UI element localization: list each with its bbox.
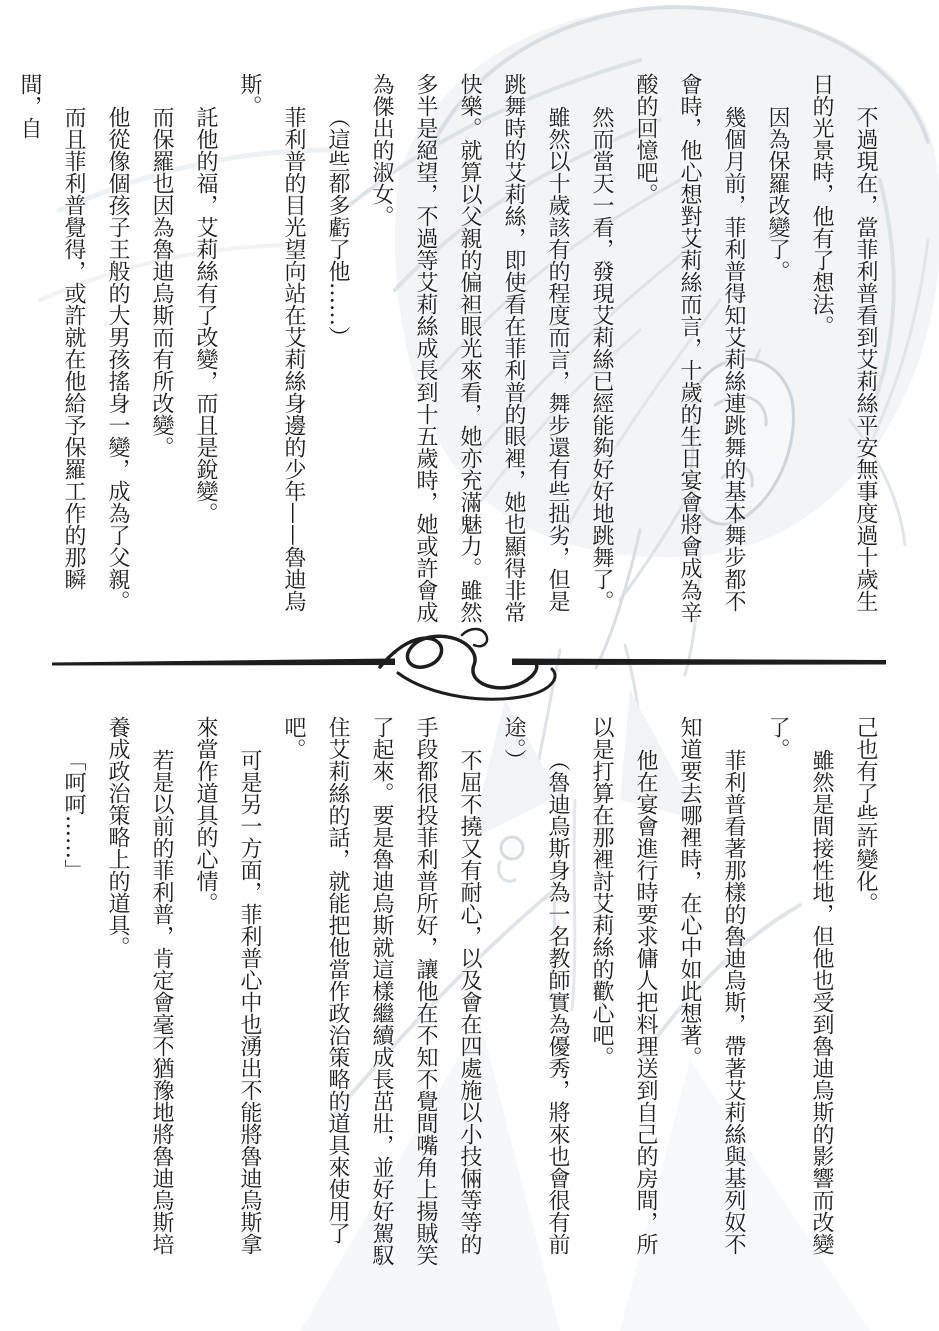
paragraph: 不過現在，當菲利普看到艾莉絲平安無事度過十歲生日的光景時，他有了想法。 xyxy=(799,73,887,625)
paragraph: 因為保羅改變了。 xyxy=(755,73,799,625)
paragraph: 若是以前的菲利普，肯定會毫不猶豫地將魯迪烏斯培養成政治策略上的道具。 xyxy=(95,716,183,1268)
novel-page: 不過現在，當菲利普看到艾莉絲平安無事度過十歲生日的光景時，他有了想法。 因為保羅… xyxy=(0,0,939,1331)
paragraph: 不屈不撓又有耐心，以及會在四處施以小技倆等等的手段都很投菲利普所好，讓他在不知不… xyxy=(271,716,491,1268)
paragraph: 雖然是間接性地，但他也受到魯迪烏斯的影響而改變了。 xyxy=(755,716,843,1268)
paragraph: 幾個月前，菲利普得知艾莉絲連跳舞的基本舞步都不會時，他心想對艾莉絲而言，十歲的生… xyxy=(623,73,755,625)
divider-right-line xyxy=(512,659,886,666)
paragraph: 然而當天一看，發現艾莉絲已經能夠好好地跳舞了。 xyxy=(579,73,623,625)
divider-left-line xyxy=(52,659,395,666)
paragraph: 菲利普的目光望向站在艾莉絲身邊的少年——魯迪烏斯。 xyxy=(227,73,315,625)
paragraph: 他在宴會進行時要求傭人把料理送到自己的房間，所以是打算在那裡討艾莉絲的歡心吧。 xyxy=(579,716,667,1268)
bottom-text-block: 己也有了些許變化。 雖然是間接性地，但他也受到魯迪烏斯的影響而改變了。 菲利普看… xyxy=(51,716,887,1268)
paragraph: 「呵呵……」 xyxy=(51,716,95,1268)
paragraph: 而保羅也因為魯迪烏斯而有所改變。 xyxy=(139,73,183,625)
paragraph: 雖然以十歲該有的程度而言，舞步還有些拙劣，但是跳舞時的艾莉絲，即使看在菲利普的眼… xyxy=(359,73,579,625)
paragraph: 己也有了些許變化。 xyxy=(843,716,887,1268)
paragraph: 託他的福，艾莉絲有了改變，而且是銳變。 xyxy=(183,73,227,625)
paragraph: 而且菲利普覺得，或許就在他給予保羅工作的那瞬間，自 xyxy=(7,73,95,625)
paragraph: （魯迪烏斯身為一名教師實為優秀，將來也會很有前途。） xyxy=(491,716,579,1268)
paragraph: 他從像個孩子王般的大男孩搖身一變，成為了父親。 xyxy=(95,73,139,625)
section-divider xyxy=(0,625,939,715)
paragraph: 可是另一方面，菲利普心中也湧出不能將魯迪烏斯拿來當作道具的心情。 xyxy=(183,716,271,1268)
paragraph: （這些都多虧了他……） xyxy=(315,73,359,625)
paragraph: 菲利普看著那樣的魯迪烏斯，帶著艾莉絲與基列奴不知道要去哪裡時，在心中如此想著。 xyxy=(667,716,755,1268)
top-text-block: 不過現在，當菲利普看到艾莉絲平安無事度過十歲生日的光景時，他有了想法。 因為保羅… xyxy=(7,73,887,625)
